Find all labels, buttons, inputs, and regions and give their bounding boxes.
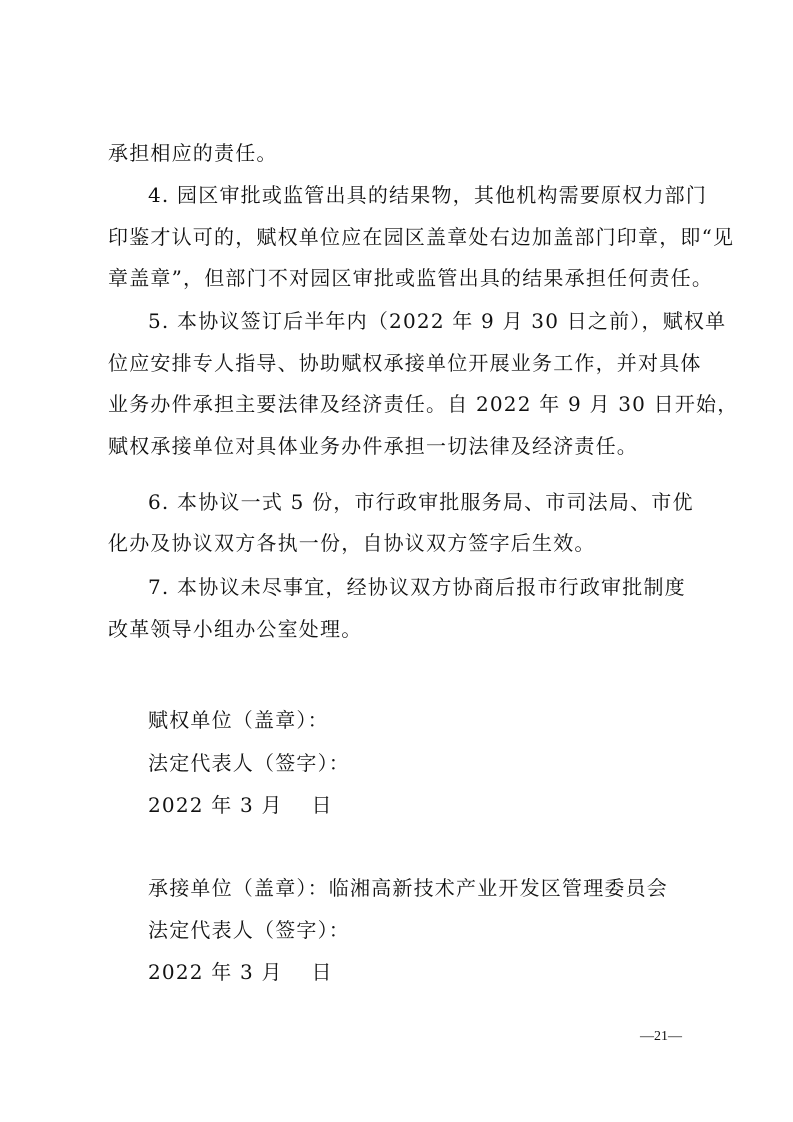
document-page: 承担相应的责任。 4. 园区审批或监管出具的结果物，其他机构需要原权力部门 印鉴… bbox=[0, 0, 793, 1122]
clause-4-line-2: 印鉴才认可的，赋权单位应在园区盖章处右边加盖部门印章，即“见 bbox=[108, 225, 734, 249]
clause-4-line-3: 章盖章”，但部门不对园区审批或监管出具的结果承担任何责任。 bbox=[108, 266, 713, 290]
clause-7-line-1: 7. 本协议未尽事宜，经协议双方协商后报市行政审批制度 bbox=[148, 575, 686, 599]
clause-5-line-1: 5. 本协议签订后半年内（2022 年 9 月 30 日之前），赋权单 bbox=[148, 309, 726, 333]
grantor-representative-signature-label: 法定代表人（签字）： bbox=[148, 751, 350, 775]
grantor-unit-seal-label: 赋权单位（盖章）： bbox=[148, 708, 329, 732]
clause-6-line-1: 6. 本协议一式 5 份，市行政审批服务局、市司法局、市优 bbox=[148, 490, 694, 514]
clause-6-line-2: 化办及协议双方各执一份，自协议双方签字后生效。 bbox=[108, 531, 596, 555]
recipient-date: 2022 年 3 月 日 bbox=[148, 960, 333, 984]
recipient-unit-seal-label: 承接单位（盖章）：临湘高新技术产业开发区管理委员会 bbox=[148, 876, 668, 900]
grantor-date: 2022 年 3 月 日 bbox=[148, 793, 333, 817]
clause-5-line-2: 位应安排专人指导、协助赋权承接单位开展业务工作，并对具体 bbox=[108, 351, 702, 375]
clause-7-line-2: 改革领导小组办公室处理。 bbox=[108, 617, 362, 641]
clause-5-line-4: 赋权承接单位对具体业务办件承担一切法律及经济责任。 bbox=[108, 434, 638, 458]
recipient-representative-signature-label: 法定代表人（签字）： bbox=[148, 918, 350, 942]
paragraph-3-continuation: 承担相应的责任。 bbox=[108, 141, 278, 165]
clause-5-line-3: 业务办件承担主要法律及经济责任。自 2022 年 9 月 30 日开始， bbox=[108, 392, 738, 416]
clause-4-line-1: 4. 园区审批或监管出具的结果物，其他机构需要原权力部门 bbox=[148, 183, 707, 207]
page-number: —21— bbox=[640, 1028, 682, 1046]
